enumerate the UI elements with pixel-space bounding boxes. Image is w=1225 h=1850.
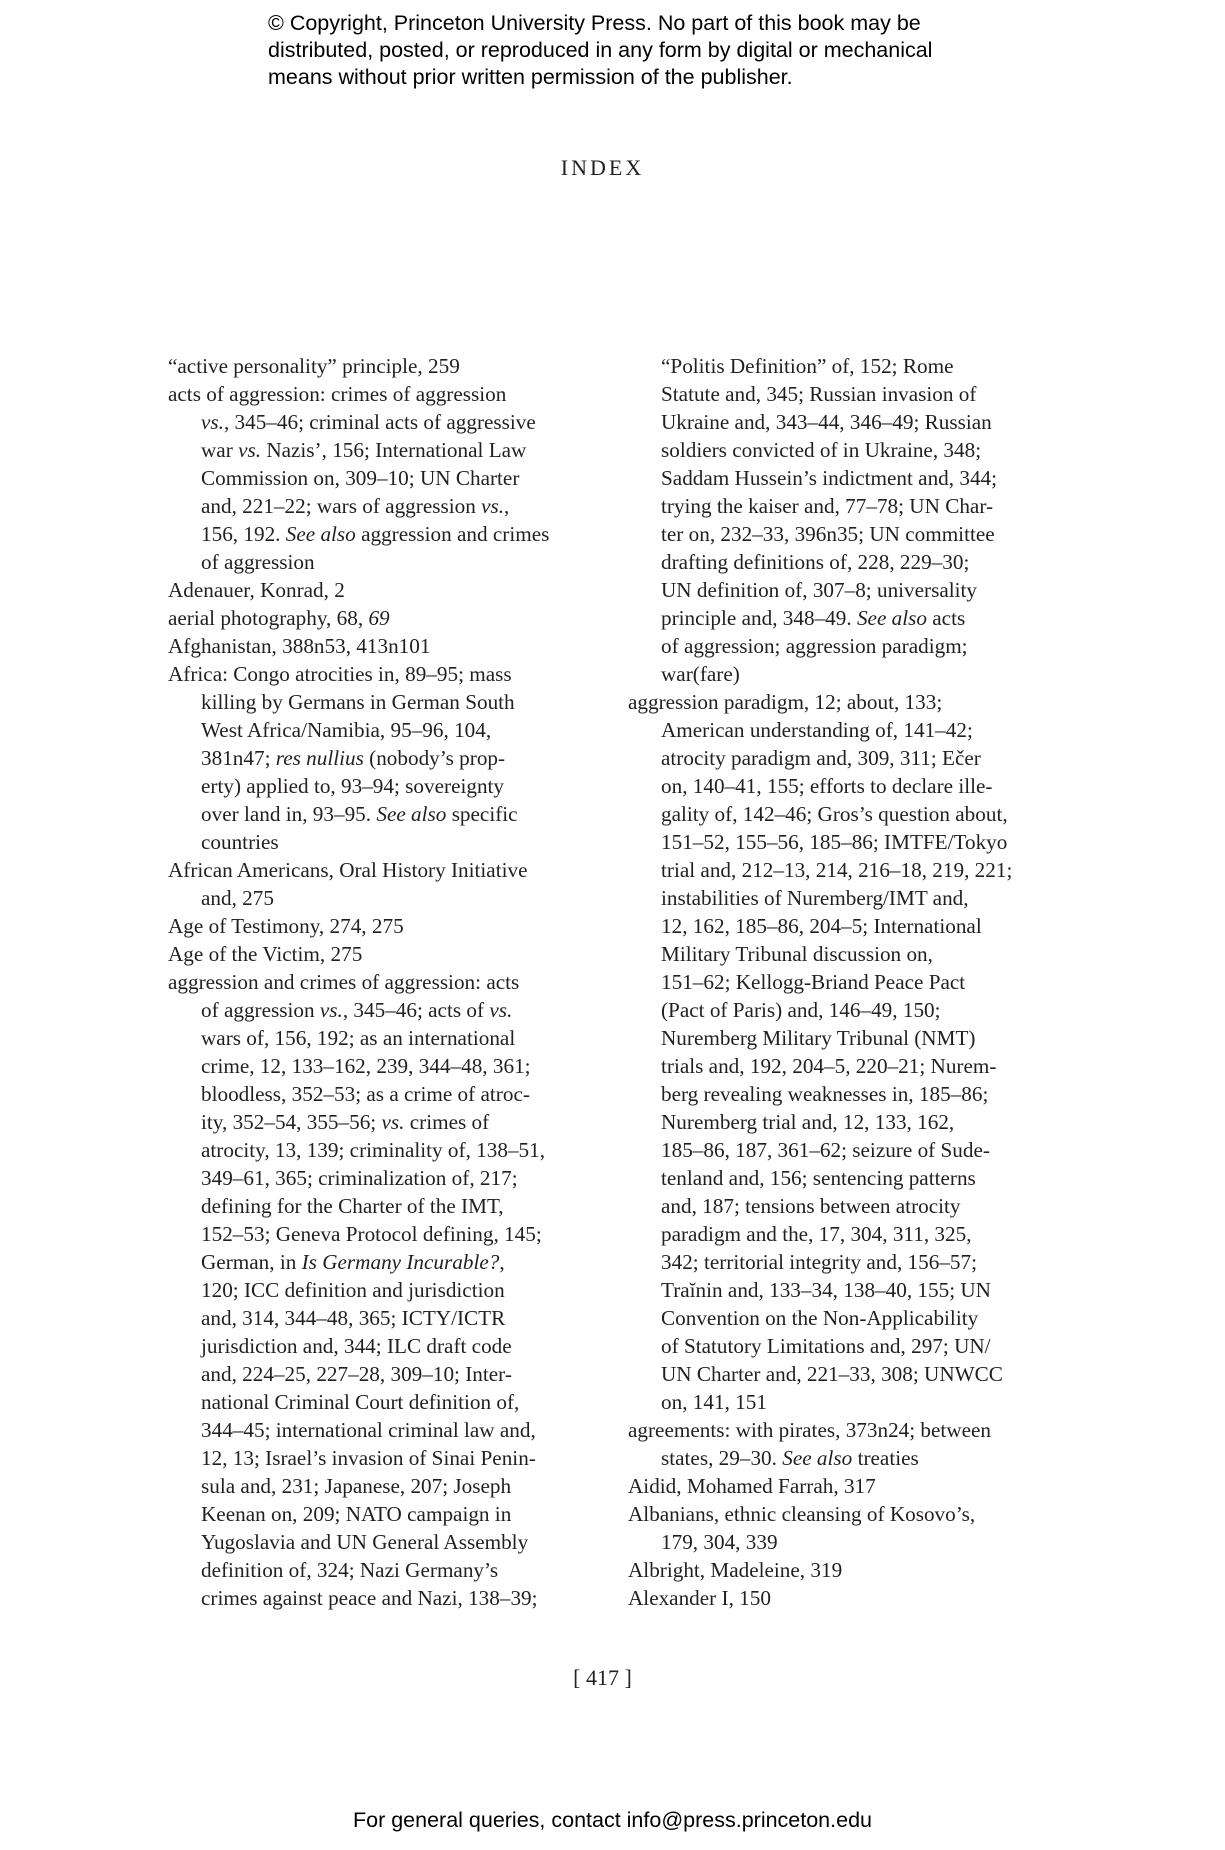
index-subentry-line: and, 275 (168, 884, 580, 912)
index-left-column: “active personality” principle, 259acts … (168, 352, 580, 1612)
index-subentry-line: 342; territorial integrity and, 156–57; (628, 1248, 1048, 1276)
italic-text: vs. (382, 1110, 405, 1134)
index-subentry-line: Saddam Hussein’s indictment and, 344; (628, 464, 1048, 492)
index-subentry-line: 151–62; Kellogg-Briand Peace Pact (628, 968, 1048, 996)
index-subentry-line: “Politis Definition” of, 152; Rome (628, 352, 1048, 380)
index-subentry-line: ity, 352–54, 355–56; vs. crimes of (168, 1108, 580, 1136)
index-entry-line: agreements: with pirates, 373n24; betwee… (628, 1416, 1048, 1444)
index-subentry-line: atrocity paradigm and, 309, 311; Ečer (628, 744, 1048, 772)
index-subentry-line: national Criminal Court definition of, (168, 1388, 580, 1416)
italic-text: 69 (368, 606, 389, 630)
copyright-line: © Copyright, Princeton University Press.… (268, 10, 1028, 37)
footer-contact: For general queries, contact info@press.… (0, 1808, 1225, 1833)
index-subentry-line: ter on, 232–33, 396n35; UN committee (628, 520, 1048, 548)
index-entry-line: “active personality” principle, 259 (168, 352, 580, 380)
page-number: [ 417 ] (0, 1665, 1205, 1691)
index-subentry-line: Statute and, 345; Russian invasion of (628, 380, 1048, 408)
index-subentry-line: 12, 162, 185–86, 204–5; International (628, 912, 1048, 940)
index-subentry-line: trial and, 212–13, 214, 216–18, 219, 221… (628, 856, 1048, 884)
index-subentry-line: bloodless, 352–53; as a crime of atroc- (168, 1080, 580, 1108)
index-subentry-line: Commission on, 309–10; UN Charter (168, 464, 580, 492)
index-subentry-line: gality of, 142–46; Gros’s question about… (628, 800, 1048, 828)
index-subentry-line: and, 221–22; wars of aggression vs., (168, 492, 580, 520)
italic-text: vs. (481, 494, 504, 518)
index-subentry-line: crimes against peace and Nazi, 138–39; (168, 1584, 580, 1612)
index-entry-line: Alexander I, 150 (628, 1584, 1048, 1612)
index-subentry-line: Convention on the Non-Applicability (628, 1304, 1048, 1332)
index-subentry-line: and, 224–25, 227–28, 309–10; Inter- (168, 1360, 580, 1388)
italic-text: vs. (320, 998, 343, 1022)
italic-text: vs. (489, 998, 512, 1022)
index-subentry-line: and, 314, 344–48, 365; ICTY/ICTR (168, 1304, 580, 1332)
index-subentry-line: German, in Is Germany Incurable?, (168, 1248, 580, 1276)
index-subentry-line: soldiers convicted of in Ukraine, 348; (628, 436, 1048, 464)
italic-text: See also (857, 606, 927, 630)
index-subentry-line: atrocity, 13, 139; criminality of, 138–5… (168, 1136, 580, 1164)
index-subentry-line: 349–61, 365; criminalization of, 217; (168, 1164, 580, 1192)
index-entry-line: aggression paradigm, 12; about, 133; (628, 688, 1048, 716)
italic-text: See also (286, 522, 356, 546)
index-entry-line: Albright, Madeleine, 319 (628, 1556, 1048, 1584)
italic-text: Is Germany Incurable? (302, 1250, 500, 1274)
index-entry-line: African Americans, Oral History Initiati… (168, 856, 580, 884)
index-subentry-line: wars of, 156, 192; as an international (168, 1024, 580, 1052)
index-subentry-line: (Pact of Paris) and, 146–49, 150; (628, 996, 1048, 1024)
index-subentry-line: trials and, 192, 204–5, 220–21; Nurem- (628, 1052, 1048, 1080)
index-subentry-line: 344–45; international criminal law and, (168, 1416, 580, 1444)
copyright-line: distributed, posted, or reproduced in an… (268, 37, 1028, 64)
index-subentry-line: 12, 13; Israel’s invasion of Sinai Penin… (168, 1444, 580, 1472)
index-entry-line: Adenauer, Konrad, 2 (168, 576, 580, 604)
index-subentry-line: 179, 304, 339 (628, 1528, 1048, 1556)
index-entry-line: Age of the Victim, 275 (168, 940, 580, 968)
index-entry-line: Afghanistan, 388n53, 413n101 (168, 632, 580, 660)
index-subentry-line: 152–53; Geneva Protocol defining, 145; (168, 1220, 580, 1248)
index-subentry-line: drafting definitions of, 228, 229–30; (628, 548, 1048, 576)
index-subentry-line: 151–52, 155–56, 185–86; IMTFE/Tokyo (628, 828, 1048, 856)
copyright-notice: © Copyright, Princeton University Press.… (268, 10, 1028, 91)
index-subentry-line: West Africa/Namibia, 95–96, 104, (168, 716, 580, 744)
index-subentry-line: over land in, 93–95. See also specific (168, 800, 580, 828)
index-subentry-line: paradigm and the, 17, 304, 311, 325, (628, 1220, 1048, 1248)
index-subentry-line: defining for the Charter of the IMT, (168, 1192, 580, 1220)
italic-text: See also (782, 1446, 852, 1470)
index-subentry-line: Traĭnin and, 133–34, 138–40, 155; UN (628, 1276, 1048, 1304)
index-subentry-line: of aggression vs., 345–46; acts of vs. (168, 996, 580, 1024)
index-subentry-line: erty) applied to, 93–94; sovereignty (168, 772, 580, 800)
index-subentry-line: Military Tribunal discussion on, (628, 940, 1048, 968)
index-subentry-line: jurisdiction and, 344; ILC draft code (168, 1332, 580, 1360)
index-subentry-line: tenland and, 156; sentencing patterns (628, 1164, 1048, 1192)
index-subentry-line: 185–86, 187, 361–62; seizure of Sude- (628, 1136, 1048, 1164)
index-subentry-line: trying the kaiser and, 77–78; UN Char- (628, 492, 1048, 520)
index-entry-line: Aidid, Mohamed Farrah, 317 (628, 1472, 1048, 1500)
index-subentry-line: war(fare) (628, 660, 1048, 688)
index-subentry-line: on, 141, 151 (628, 1388, 1048, 1416)
index-subentry-line: on, 140–41, 155; efforts to declare ille… (628, 772, 1048, 800)
index-subentry-line: instabilities of Nuremberg/IMT and, (628, 884, 1048, 912)
index-subentry-line: American understanding of, 141–42; (628, 716, 1048, 744)
index-subentry-line: Nuremberg Military Tribunal (NMT) (628, 1024, 1048, 1052)
index-subentry-line: sula and, 231; Japanese, 207; Joseph (168, 1472, 580, 1500)
index-subentry-line: killing by Germans in German South (168, 688, 580, 716)
index-subentry-line: 381n47; res nullius (nobody’s prop- (168, 744, 580, 772)
index-entry-line: acts of aggression: crimes of aggression (168, 380, 580, 408)
index-subentry-line: principle and, 348–49. See also acts (628, 604, 1048, 632)
index-subentry-line: states, 29–30. See also treaties (628, 1444, 1048, 1472)
index-subentry-line: war vs. Nazis’, 156; International Law (168, 436, 580, 464)
index-subentry-line: vs., 345–46; criminal acts of aggressive (168, 408, 580, 436)
index-subentry-line: of aggression; aggression paradigm; (628, 632, 1048, 660)
index-subentry-line: of Statutory Limitations and, 297; UN/ (628, 1332, 1048, 1360)
index-entry-line: Albanians, ethnic cleansing of Kosovo’s, (628, 1500, 1048, 1528)
index-subentry-line: Yugoslavia and UN General Assembly (168, 1528, 580, 1556)
index-subentry-line: Nuremberg trial and, 12, 133, 162, (628, 1108, 1048, 1136)
index-subentry-line: countries (168, 828, 580, 856)
index-subentry-line: and, 187; tensions between atrocity (628, 1192, 1048, 1220)
italic-text: vs. (201, 410, 224, 434)
index-subentry-line: definition of, 324; Nazi Germany’s (168, 1556, 580, 1584)
index-subentry-line: UN definition of, 307–8; universality (628, 576, 1048, 604)
index-right-column: “Politis Definition” of, 152; RomeStatut… (628, 352, 1048, 1612)
index-entry-line: Africa: Congo atrocities in, 89–95; mass (168, 660, 580, 688)
index-entry-line: aerial photography, 68, 69 (168, 604, 580, 632)
page-title: INDEX (0, 155, 1205, 181)
index-entry-line: aggression and crimes of aggression: act… (168, 968, 580, 996)
italic-text: vs. (238, 438, 261, 462)
index-subentry-line: berg revealing weaknesses in, 185–86; (628, 1080, 1048, 1108)
index-subentry-line: UN Charter and, 221–33, 308; UNWCC (628, 1360, 1048, 1388)
index-subentry-line: crime, 12, 133–162, 239, 344–48, 361; (168, 1052, 580, 1080)
italic-text: res nullius (276, 746, 364, 770)
index-subentry-line: of aggression (168, 548, 580, 576)
index-subentry-line: 156, 192. See also aggression and crimes (168, 520, 580, 548)
copyright-line: means without prior written permission o… (268, 64, 1028, 91)
index-entry-line: Age of Testimony, 274, 275 (168, 912, 580, 940)
index-subentry-line: 120; ICC definition and jurisdiction (168, 1276, 580, 1304)
index-subentry-line: Ukraine and, 343–44, 346–49; Russian (628, 408, 1048, 436)
italic-text: See also (376, 802, 446, 826)
index-subentry-line: Keenan on, 209; NATO campaign in (168, 1500, 580, 1528)
